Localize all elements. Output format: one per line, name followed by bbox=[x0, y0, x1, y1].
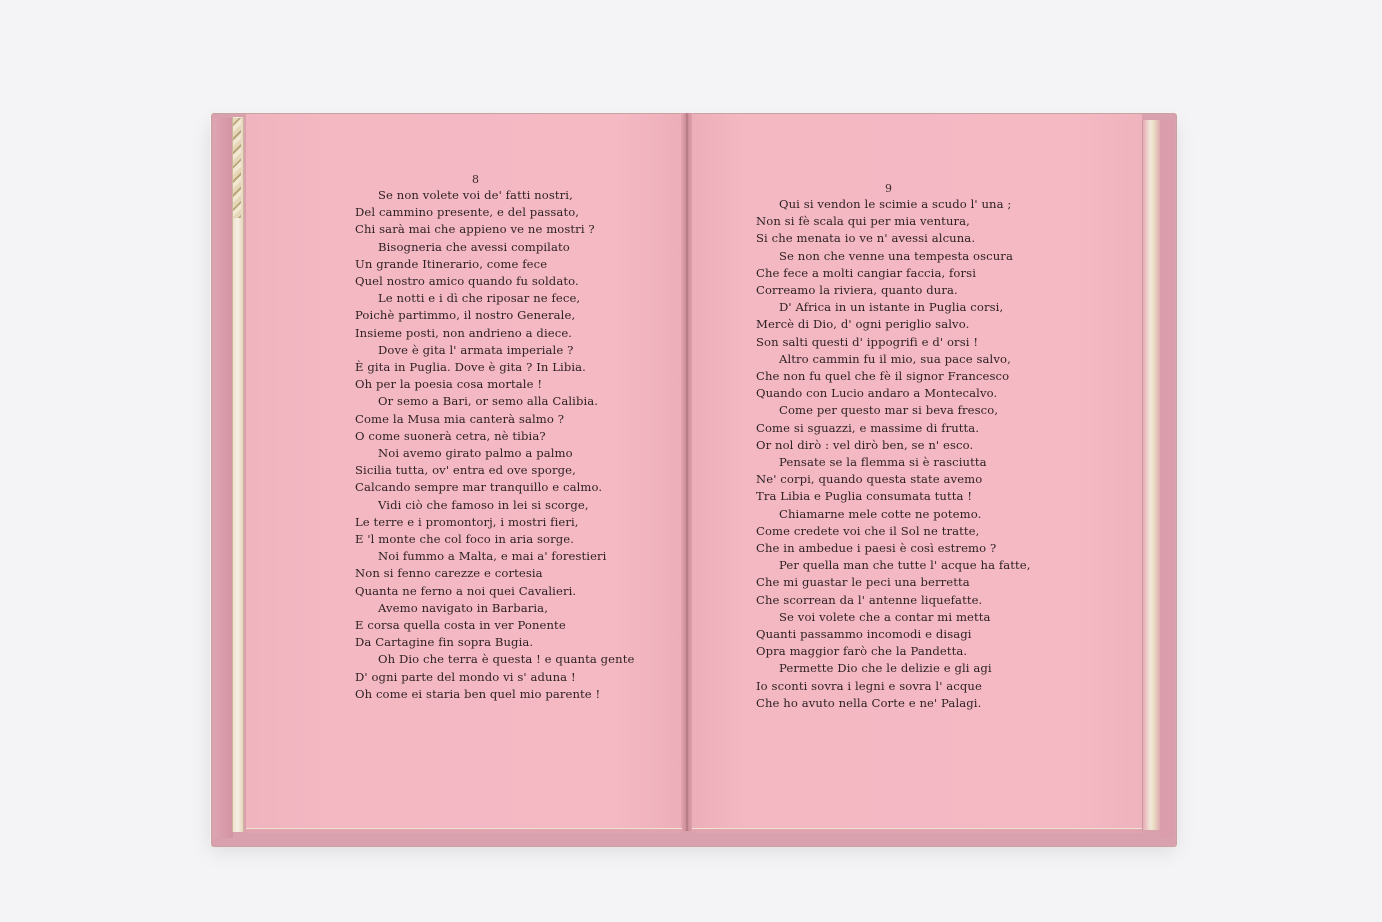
verse-line: Se voi volete che a contar mi metta bbox=[756, 609, 1031, 626]
verse-line: Noi fummo a Malta, e mai a' forestieri bbox=[355, 548, 634, 565]
verse-line: Un grande Itinerario, come fece bbox=[355, 256, 634, 273]
verse-line: Quando con Lucio andaro a Montecalvo. bbox=[756, 385, 1031, 402]
verse-line: Quel nostro amico quando fu soldato. bbox=[355, 273, 634, 290]
verse-line: Sicilia tutta, ov' entra ed ove sporge, bbox=[355, 462, 634, 479]
verse-line: Che in ambedue i paesi è così estremo ? bbox=[756, 540, 1031, 557]
verse-line: Opra maggior farò che la Pandetta. bbox=[756, 643, 1031, 660]
verse-line: Or semo a Bari, or semo alla Calibia. bbox=[355, 393, 634, 410]
verse-line: Correamo la riviera, quanto dura. bbox=[756, 282, 1031, 299]
verse-line: Come la Musa mia canterà salmo ? bbox=[355, 411, 634, 428]
verse-line: Che mi guastar le peci una berretta bbox=[756, 574, 1031, 591]
right-page-verses: Qui si vendon le scimie a scudo l' una ;… bbox=[756, 196, 1031, 712]
verse-line: Vidi ciò che famoso in lei si scorge, bbox=[355, 497, 634, 514]
verse-line: È gita in Puglia. Dove è gita ? In Libia… bbox=[355, 359, 634, 376]
page-edges-right bbox=[1142, 120, 1161, 830]
verse-line: O come suonerà cetra, nè tibia? bbox=[355, 428, 634, 445]
verse-line: Noi avemo girato palmo a palmo bbox=[355, 445, 634, 462]
verse-line: Tra Libia e Puglia consumata tutta ! bbox=[756, 488, 1031, 505]
verse-line: E corsa quella costa in ver Ponente bbox=[355, 617, 634, 634]
verse-line: Che non fu quel che fè il signor Frances… bbox=[756, 368, 1031, 385]
verse-line: Oh come ei staria ben quel mio parente ! bbox=[355, 686, 634, 703]
page-bottom-edge-right bbox=[692, 828, 1142, 833]
verse-line: Non si fenno carezze e cortesia bbox=[355, 565, 634, 582]
page-bottom-edge-left bbox=[246, 828, 682, 833]
verse-line: Si che menata io ve n' avessi alcuna. bbox=[756, 230, 1031, 247]
page-number-left: 8 bbox=[472, 173, 479, 186]
verse-line: Pensate se la flemma si è rasciutta bbox=[756, 454, 1031, 471]
verse-line: Avemo navigato in Barbaria, bbox=[355, 600, 634, 617]
verse-line: Bisogneria che avessi compilato bbox=[355, 239, 634, 256]
verse-line: Le notti e i dì che riposar ne fece, bbox=[355, 290, 634, 307]
verse-line: Insieme posti, non andrieno a diece. bbox=[355, 325, 634, 342]
verse-line: D' ogni parte del mondo vi s' aduna ! bbox=[355, 669, 634, 686]
cover-right-edge bbox=[1160, 120, 1174, 838]
verse-line: E 'l monte che col foco in aria sorge. bbox=[355, 531, 634, 548]
verse-line: Se non che venne una tempesta oscura bbox=[756, 248, 1031, 265]
left-page: 8 Se non volete voi de' fatti nostri,Del… bbox=[246, 114, 682, 830]
verse-line: Chiamarne mele cotte ne potemo. bbox=[756, 506, 1031, 523]
verse-line: Ne' corpi, quando questa state avemo bbox=[756, 471, 1031, 488]
verse-line: Le terre e i promontorj, i mostri fieri, bbox=[355, 514, 634, 531]
verse-line: Se non volete voi de' fatti nostri, bbox=[355, 187, 634, 204]
verse-line: Qui si vendon le scimie a scudo l' una ; bbox=[756, 196, 1031, 213]
verse-line: Son salti questi d' ippogrifi e d' orsi … bbox=[756, 334, 1031, 351]
verse-line: Quanta ne ferno a noi quei Cavalieri. bbox=[355, 583, 634, 600]
verse-line: Io sconti sovra i legni e sovra l' acque bbox=[756, 678, 1031, 695]
verse-line: Che ho avuto nella Corte e ne' Palagi. bbox=[756, 695, 1031, 712]
left-page-verses: Se non volete voi de' fatti nostri,Del c… bbox=[355, 187, 634, 703]
verse-line: Da Cartagine fin sopra Bugia. bbox=[355, 634, 634, 651]
verse-line: Quanti passammo incomodi e disagi bbox=[756, 626, 1031, 643]
verse-line: Mercè di Dio, d' ogni periglio salvo. bbox=[756, 316, 1031, 333]
verse-line: Non si fè scala qui per mia ventura, bbox=[756, 213, 1031, 230]
verse-line: Chi sarà mai che appieno ve ne mostri ? bbox=[355, 221, 634, 238]
verse-line: Permette Dio che le delizie e gli agi bbox=[756, 660, 1031, 677]
verse-line: Che fece a molti cangiar faccia, forsi bbox=[756, 265, 1031, 282]
verse-line: D' Africa in un istante in Puglia corsi, bbox=[756, 299, 1031, 316]
cover-left-edge bbox=[213, 118, 233, 838]
verse-line: Che scorrean da l' antenne liquefatte. bbox=[756, 592, 1031, 609]
verse-line: Poichè partimmo, il nostro Generale, bbox=[355, 307, 634, 324]
verse-line: Oh Dio che terra è questa ! e quanta gen… bbox=[355, 651, 634, 668]
verse-line: Come si sguazzi, e massime di frutta. bbox=[756, 420, 1031, 437]
verse-line: Come credete voi che il Sol ne tratte, bbox=[756, 523, 1031, 540]
verse-line: Or nol dirò : vel dirò ben, se n' esco. bbox=[756, 437, 1031, 454]
verse-line: Oh per la poesia cosa mortale ! bbox=[355, 376, 634, 393]
verse-line: Del cammino presente, e del passato, bbox=[355, 204, 634, 221]
verse-line: Per quella man che tutte l' acque ha fat… bbox=[756, 557, 1031, 574]
page-number-right: 9 bbox=[885, 182, 892, 195]
right-page: 9 Qui si vendon le scimie a scudo l' una… bbox=[692, 114, 1142, 830]
verse-line: Dove è gita l' armata imperiale ? bbox=[355, 342, 634, 359]
verse-line: Calcando sempre mar tranquillo e calmo. bbox=[355, 479, 634, 496]
verse-line: Come per questo mar si beva fresco, bbox=[756, 402, 1031, 419]
spine-binding-strip bbox=[232, 117, 244, 832]
verse-line: Altro cammin fu il mio, sua pace salvo, bbox=[756, 351, 1031, 368]
spine-ornament bbox=[233, 118, 241, 218]
